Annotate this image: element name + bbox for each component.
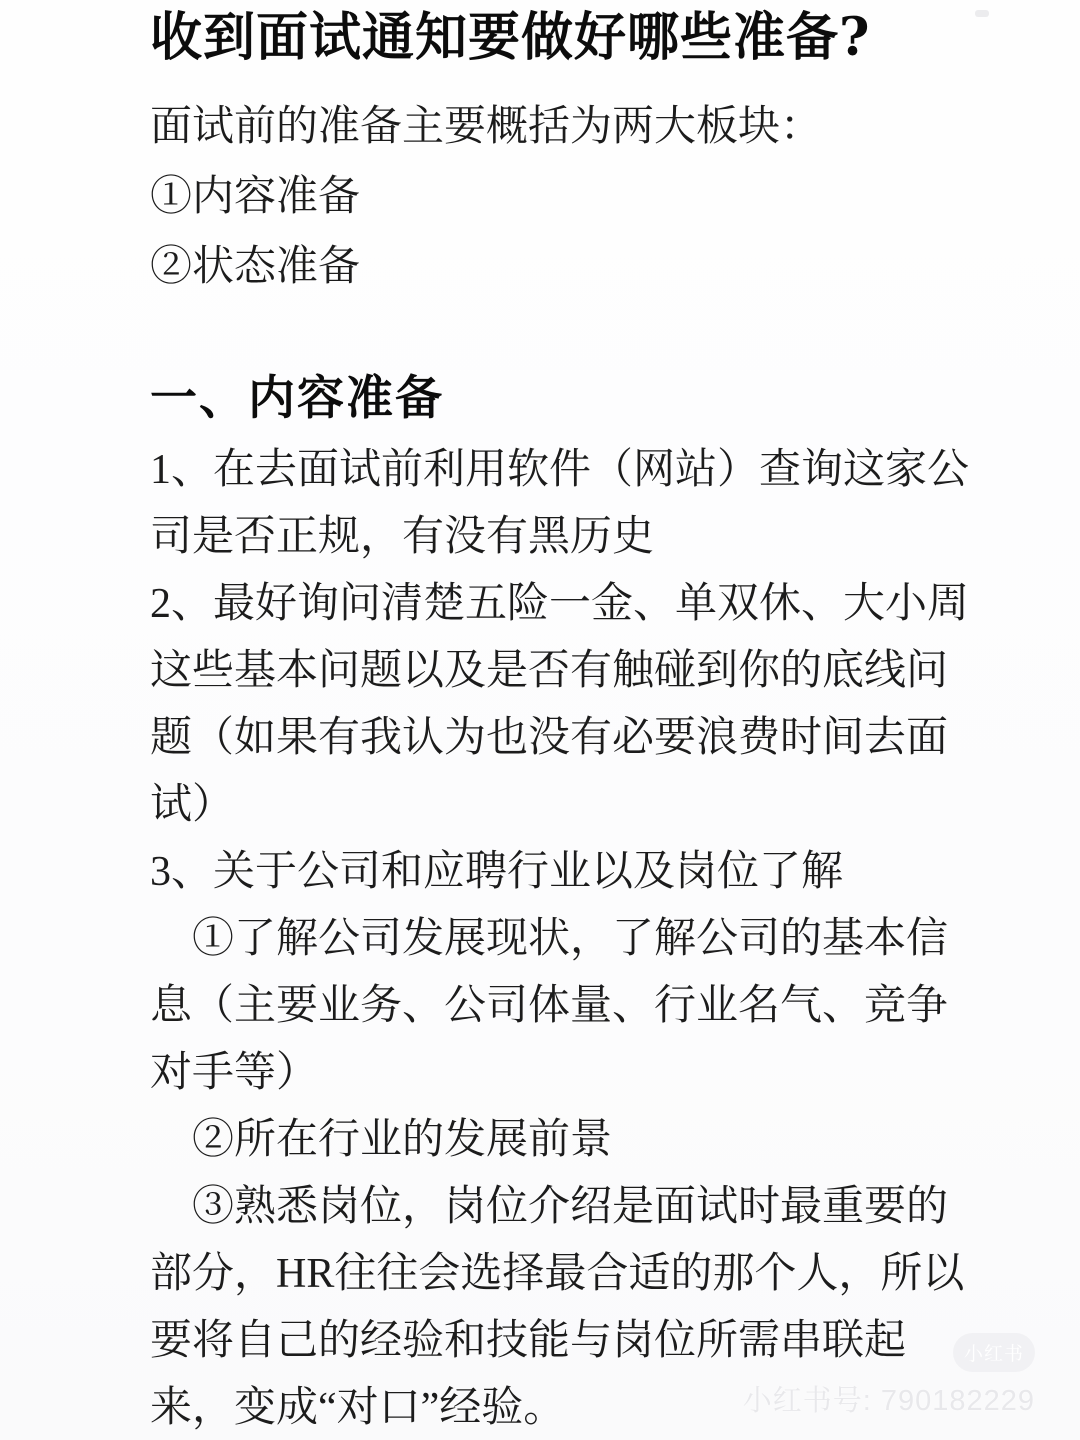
page-title: 收到面试通知要做好哪些准备? <box>150 6 980 70</box>
intro-lead: 面试前的准备主要概括为两大板块： <box>150 92 980 162</box>
intro-item-content: ①内容准备 <box>150 162 980 232</box>
section-heading: 一、内容准备 <box>150 370 980 428</box>
xiaohongshu-account-id: 小红书号: 790182229 <box>743 1378 1035 1419</box>
document-page: 收到面试通知要做好哪些准备? 面试前的准备主要概括为两大板块： ①内容准备 ②状… <box>0 0 1080 1440</box>
intro-item-state: ②状态准备 <box>150 232 980 302</box>
paragraph-3: 3、关于公司和应聘行业以及岗位了解 <box>150 839 980 906</box>
xiaohongshu-logo-badge: 小红书 <box>953 1333 1035 1372</box>
intro-block: 面试前的准备主要概括为两大板块： ①内容准备 ②状态准备 <box>150 92 980 302</box>
subitem-2: ②所在行业的发展前景 <box>150 1107 980 1174</box>
paragraph-1: 1、在去面试前利用软件（网站）查询这家公司是否正规，有没有黑历史 <box>150 437 980 571</box>
section-body: 1、在去面试前利用软件（网站）查询这家公司是否正规，有没有黑历史 2、最好询问清… <box>150 437 980 1440</box>
xiaohongshu-logo-label: 小红书 <box>964 1339 1024 1366</box>
top-right-artifact <box>975 10 989 17</box>
paragraph-2: 2、最好询问清楚五险一金、单双休、大小周这些基本问题以及是否有触碰到你的底线问题… <box>150 571 980 839</box>
subitem-1: ①了解公司发展现状，了解公司的基本信息（主要业务、公司体量、行业名气、竞争对手等… <box>150 906 980 1107</box>
